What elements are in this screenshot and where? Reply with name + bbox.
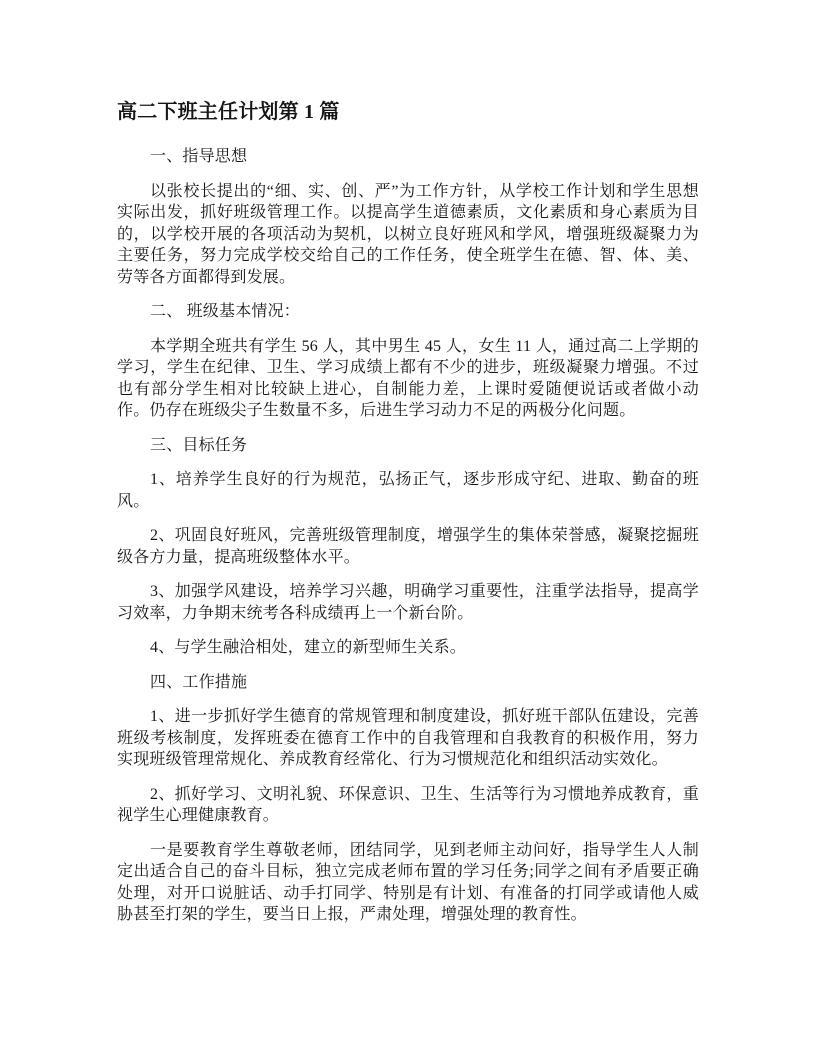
paragraph: 1、培养学生良好的行为规范，弘扬正气，逐步形成守纪、进取、勤奋的班风。 [117,469,699,512]
section-heading-2: 二、 班级基本情况： [117,301,699,323]
document-page: 高二下班主任计划第 1 篇 一、指导思想以张校长提出的“细、实、创、严”为工作方… [0,0,816,1056]
paragraph: 本学期全班共有学生 56 人，其中男生 45 人，女生 11 人，通过高二上学期… [117,336,699,422]
section-heading-3: 三、目标任务 [117,435,699,457]
paragraph: 2、巩固良好班风，完善班级管理制度，增强学生的集体荣誉感，凝聚挖掘班级各方力量，… [117,525,699,568]
section-heading-1: 一、指导思想 [117,146,699,168]
paragraph: 3、加强学风建设，培养学习兴趣，明确学习重要性，注重学法指导，提高学习效率，力争… [117,581,699,624]
paragraph: 2、抓好学习、文明礼貌、环保意识、卫生、生活等行为习惯地养成教育，重视学生心理健… [117,784,699,827]
document-body: 一、指导思想以张校长提出的“细、实、创、严”为工作方针，从学校工作计划和学生思想… [117,146,699,926]
section-heading-4: 四、工作措施 [117,672,699,694]
document-title: 高二下班主任计划第 1 篇 [117,99,699,125]
paragraph: 1、进一步抓好学生德育的常规管理和制度建设，抓好班干部队伍建设，完善班级考核制度… [117,706,699,771]
paragraph: 4、与学生融洽相处，建立的新型师生关系。 [117,637,699,659]
paragraph: 一是要教育学生尊敬老师，团结同学，见到老师主动问好，指导学生人人制定出适合自己的… [117,840,699,926]
paragraph: 以张校长提出的“细、实、创、严”为工作方针，从学校工作计划和学生思想实际出发，抓… [117,181,699,289]
